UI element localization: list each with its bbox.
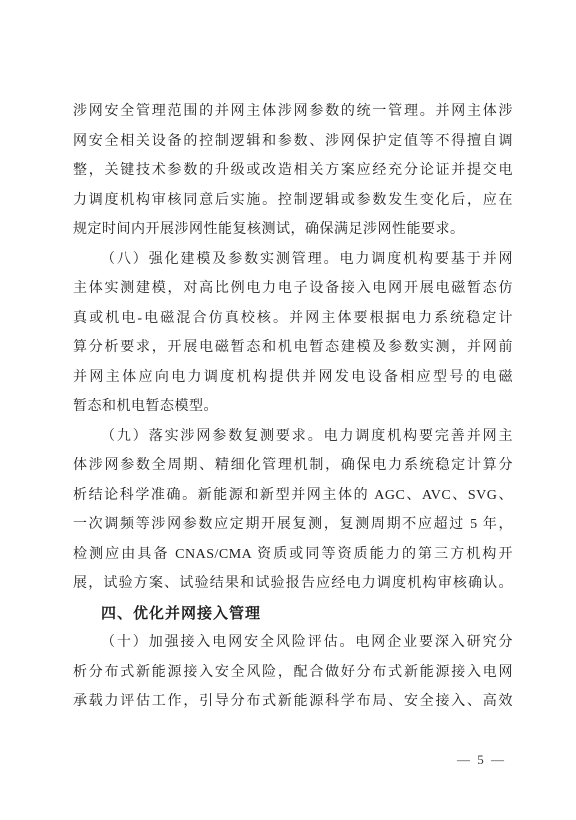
- text-line: 并网主体应向电力调度机构提供并网发电设备相应型号的电磁: [73, 363, 513, 393]
- document-page: 涉网安全管理范围的并网主体涉网参数的统一管理。并网主体涉网安全相关设备的控制逻辑…: [0, 0, 576, 820]
- text-line: 析分布式新能源接入安全风险，配合做好分布式新能源接入电网: [73, 658, 513, 688]
- paragraph: （十）加强接入电网安全风险评估。电网企业要深入研究分析分布式新能源接入安全风险，…: [73, 628, 513, 717]
- text-line: 展，试验方案、试验结果和试验报告应经电力调度机构审核确认。: [73, 569, 513, 599]
- text-line: 承载力评估工作，引导分布式新能源科学布局、安全接入、高效: [73, 687, 513, 717]
- text-line: （十）加强接入电网安全风险评估。电网企业要深入研究分: [73, 628, 513, 658]
- text-line: 规定时间内开展涉网性能复核测试，确保满足涉网性能要求。: [73, 215, 513, 245]
- text-line: （八）强化建模及参数实测管理。电力调度机构要基于并网: [73, 245, 513, 275]
- text-line: 暂态和机电暂态模型。: [73, 392, 513, 422]
- section-heading: 四、优化并网接入管理: [73, 599, 513, 629]
- text-line: 算分析要求，开展电磁暂态和机电暂态建模及参数实测，并网前: [73, 333, 513, 363]
- text-line: 真或机电-电磁混合仿真校核。并网主体要根据电力系统稳定计: [73, 304, 513, 334]
- text-line: （九）落实涉网参数复测要求。电力调度机构要完善并网主: [73, 422, 513, 452]
- page-number: — 5 —: [457, 752, 506, 768]
- text-line: 整，关键技术参数的升级或改造相关方案应经充分论证并提交电: [73, 156, 513, 186]
- text-line: 体涉网参数全周期、精细化管理机制，确保电力系统稳定计算分: [73, 451, 513, 481]
- paragraph: （八）强化建模及参数实测管理。电力调度机构要基于并网主体实测建模，对高比例电力电…: [73, 245, 513, 422]
- text-line: 析结论科学准确。新能源和新型并网主体的 AGC、AVC、SVG、: [73, 481, 513, 511]
- text-line: 主体实测建模，对高比例电力电子设备接入电网开展电磁暂态仿: [73, 274, 513, 304]
- text-line: 一次调频等涉网参数应定期开展复测，复测周期不应超过 5 年，: [73, 510, 513, 540]
- heading-line: 四、优化并网接入管理: [73, 599, 513, 629]
- paragraph: （九）落实涉网参数复测要求。电力调度机构要完善并网主体涉网参数全周期、精细化管理…: [73, 422, 513, 599]
- text-line: 检测应由具备 CNAS/CMA 资质或同等资质能力的第三方机构开: [73, 540, 513, 570]
- document-body: 涉网安全管理范围的并网主体涉网参数的统一管理。并网主体涉网安全相关设备的控制逻辑…: [73, 97, 513, 717]
- text-line: 力调度机构审核同意后实施。控制逻辑或参数发生变化后，应在: [73, 186, 513, 216]
- text-line: 网安全相关设备的控制逻辑和参数、涉网保护定值等不得擅自调: [73, 127, 513, 157]
- paragraph: 涉网安全管理范围的并网主体涉网参数的统一管理。并网主体涉网安全相关设备的控制逻辑…: [73, 97, 513, 245]
- text-line: 涉网安全管理范围的并网主体涉网参数的统一管理。并网主体涉: [73, 97, 513, 127]
